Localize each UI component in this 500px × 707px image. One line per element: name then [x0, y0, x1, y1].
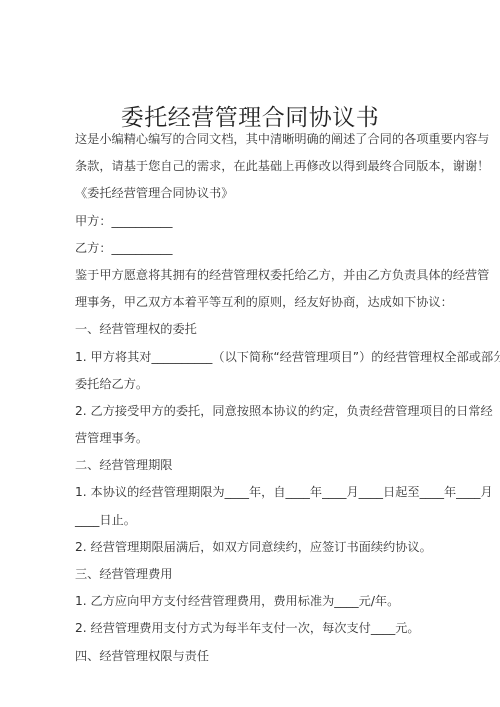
clause-1-1-line-2: 委托给乙方。: [75, 371, 425, 398]
section-1-heading: 一、经营管理权的委托: [75, 316, 425, 343]
preamble-line-1: 鉴于甲方愿意将其拥有的经营管理权委托给乙方，并由乙方负责具体的经营管: [75, 262, 425, 289]
clause-3-1: 1. 乙方应向甲方支付经营管理费用，费用标准为____元/年。: [75, 588, 425, 615]
contract-name: 《委托经营管理合同协议书》: [75, 180, 425, 207]
intro-line-2: 条款，请基于您自己的需求，在此基础上再修改以得到最终合同版本，谢谢！: [75, 153, 425, 180]
clause-1-2-line-1: 2. 乙方接受甲方的委托，同意按照本协议的约定，负责经营管理项目的日常经: [75, 398, 425, 425]
clause-1-1-line-1: 1. 甲方将其对__________（以下简称“经营管理项目”）的经营管理权全部…: [75, 344, 425, 371]
party-b-field: 乙方：__________: [75, 235, 425, 262]
clause-2-1-line-1: 1. 本协议的经营管理期限为____年，自____年____月____日起至__…: [75, 479, 425, 506]
section-4-heading: 四、经营管理权限与责任: [75, 643, 425, 670]
party-a-field: 甲方：__________: [75, 208, 425, 235]
clause-1-2-line-2: 营管理事务。: [75, 425, 425, 452]
document-page: 委托经营管理合同协议书 这是小编精心编写的合同文档，其中清晰明确的阐述了合同的各…: [0, 0, 500, 707]
clause-3-2: 2. 经营管理费用支付方式为每半年支付一次，每次支付____元。: [75, 615, 425, 642]
clause-2-1-line-2: ____日止。: [75, 507, 425, 534]
intro-line-1: 这是小编精心编写的合同文档，其中清晰明确的阐述了合同的各项重要内容与: [75, 126, 425, 153]
section-2-heading: 二、经营管理期限: [75, 452, 425, 479]
document-body: 这是小编精心编写的合同文档，其中清晰明确的阐述了合同的各项重要内容与 条款，请基…: [75, 126, 425, 670]
clause-2-2: 2. 经营管理期限届满后，如双方同意续约，应签订书面续约协议。: [75, 534, 425, 561]
preamble-line-2: 理事务，甲乙双方本着平等互利的原则，经友好协商，达成如下协议：: [75, 289, 425, 316]
section-3-heading: 三、经营管理费用: [75, 561, 425, 588]
